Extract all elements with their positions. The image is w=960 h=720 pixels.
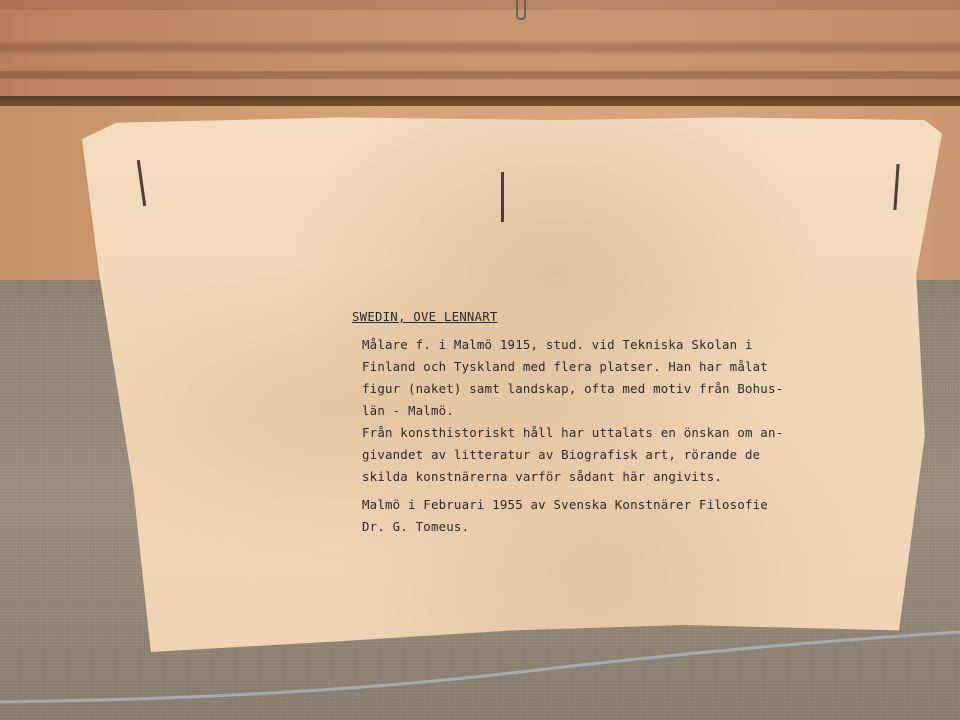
frame-top-wood [0, 0, 960, 100]
label-text: SWEDIN, OVE LENNART Målare f. i Malmö 19… [352, 306, 812, 544]
hanging-wire [0, 620, 960, 720]
staple-center [501, 172, 504, 222]
label-paragraph-2: Malmö i Februari 1955 av Svenska Konstnä… [362, 494, 812, 538]
text-line: Från konsthistoriskt håll har uttalats e… [362, 422, 812, 444]
text-line: län - Malmö. [362, 400, 812, 422]
label-paragraph-1: Målare f. i Malmö 1915, stud. vid Teknis… [362, 334, 812, 488]
hook [516, 0, 526, 20]
text-line: skilda konstnärerna varför sådant här an… [362, 466, 812, 488]
text-line: givandet av litteratur av Biografisk art… [362, 444, 812, 466]
text-line: Dr. G. Tomeus. [362, 516, 812, 538]
text-line: Finland och Tyskland med flera platser. … [362, 356, 812, 378]
text-line: Målare f. i Malmö 1915, stud. vid Teknis… [362, 334, 812, 356]
text-line: figur (naket) samt landskap, ofta med mo… [362, 378, 812, 400]
label-heading: SWEDIN, OVE LENNART [352, 306, 812, 328]
text-line: Malmö i Februari 1955 av Svenska Konstnä… [362, 494, 812, 516]
